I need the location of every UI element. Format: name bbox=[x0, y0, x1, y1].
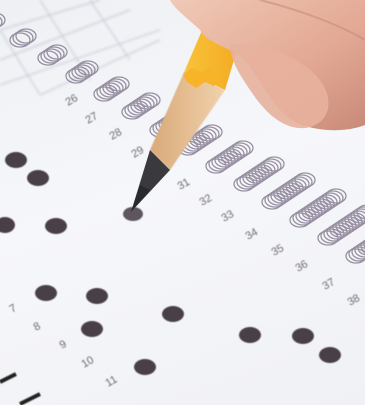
question-number: 7 bbox=[8, 302, 19, 315]
question-number: 36 bbox=[294, 258, 311, 275]
question-number: 33 bbox=[220, 208, 237, 225]
question-number: 28 bbox=[108, 126, 125, 143]
question-number: 10 bbox=[80, 354, 97, 371]
question-number: 9 bbox=[58, 338, 69, 351]
question-number: 32 bbox=[198, 192, 215, 209]
question-number: 38 bbox=[346, 292, 363, 309]
question-number: 35 bbox=[270, 242, 287, 259]
answer-sheet-photo: 26 27 28 29 31 32 33 34 35 36 37 38 7 8 … bbox=[0, 0, 365, 405]
question-number: 31 bbox=[176, 176, 193, 193]
timing-marks bbox=[0, 374, 40, 404]
question-number: 29 bbox=[130, 144, 147, 161]
answer-bubble bbox=[0, 15, 2, 29]
question-number: 27 bbox=[84, 110, 101, 127]
question-number: 34 bbox=[244, 226, 261, 243]
photo-illustration: 26 27 28 29 31 32 33 34 35 36 37 38 7 8 … bbox=[0, 0, 365, 405]
question-number: 8 bbox=[32, 320, 43, 333]
question-number: 37 bbox=[321, 276, 338, 293]
question-number: 26 bbox=[64, 92, 81, 109]
question-number: 11 bbox=[104, 373, 120, 389]
